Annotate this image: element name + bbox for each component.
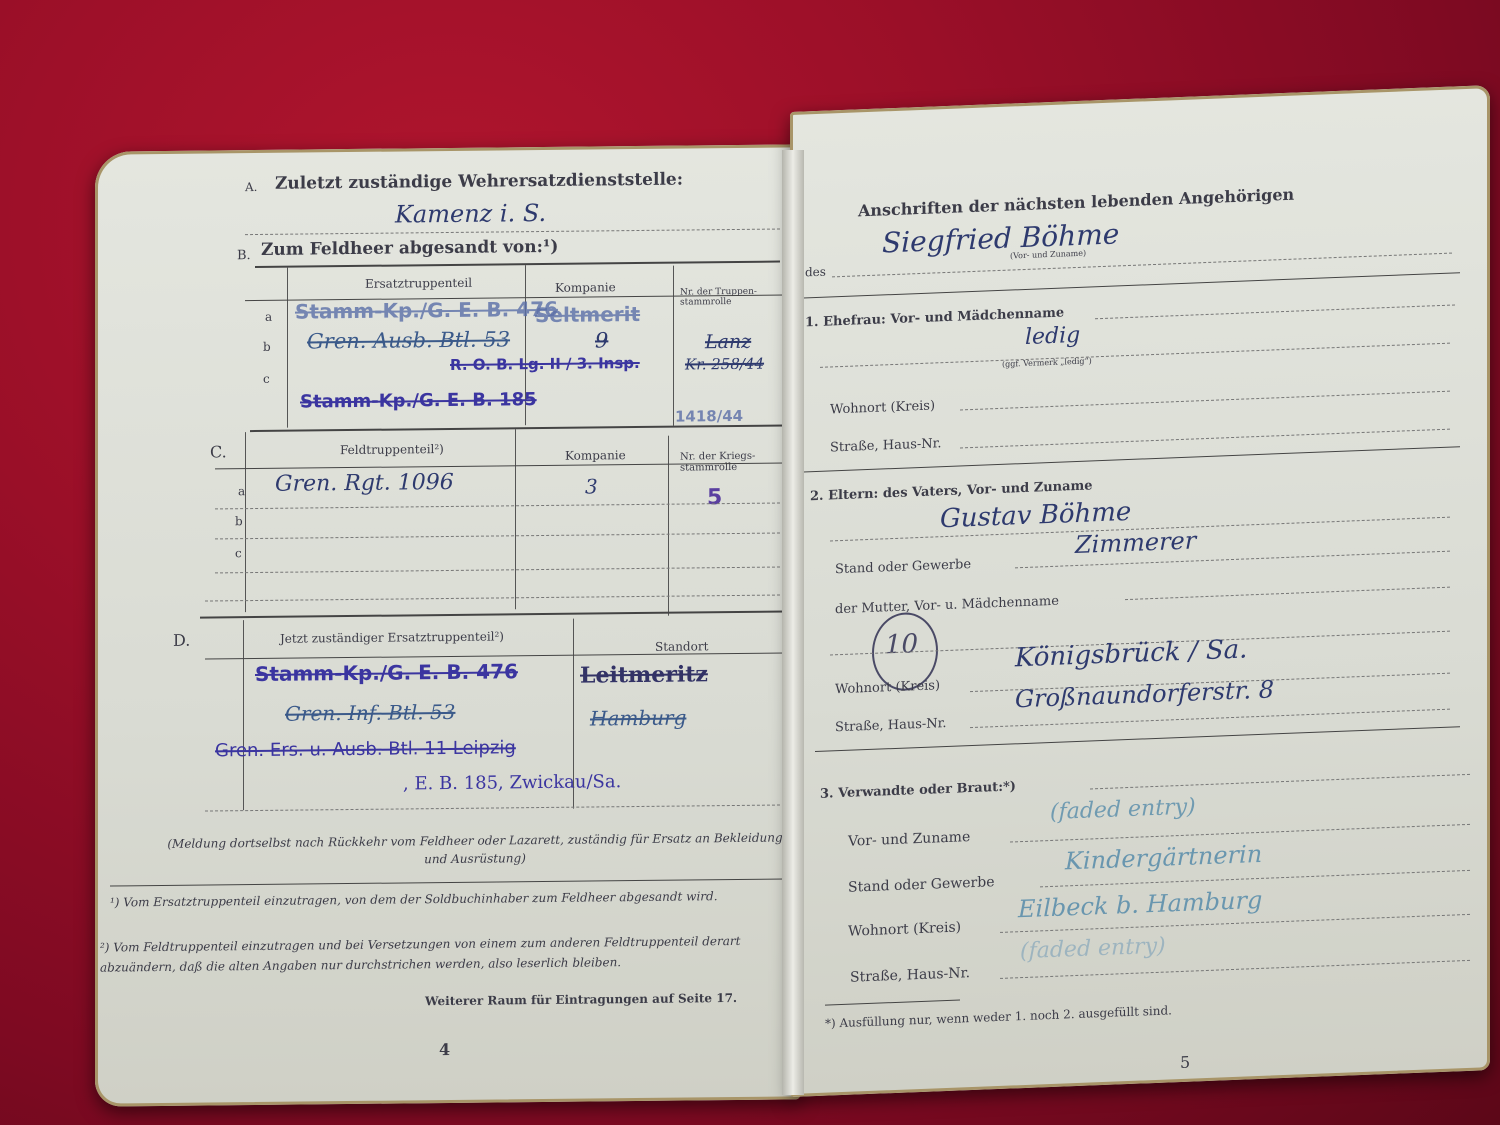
- section-a-label: A.: [245, 180, 257, 194]
- des-hint: (Vor- und Zuname): [1010, 249, 1086, 261]
- b-row-letter-a: a: [265, 310, 272, 324]
- section-c-label: C.: [210, 442, 227, 461]
- c-row-letter-c: c: [235, 546, 242, 560]
- section-3-residence-label: Wohnort (Kreis): [848, 919, 961, 939]
- dotted-line: [215, 502, 785, 509]
- c-row-a-company: 3: [585, 474, 598, 498]
- occupation-label: Stand oder Gewerbe: [835, 557, 971, 577]
- footnote-rule: [110, 878, 785, 886]
- section-a-entry: Kamenz i. S.: [395, 199, 546, 229]
- section-b-title: Zum Feldheer abgesandt von:¹): [261, 237, 558, 260]
- b-col-number: Nr. der Truppen-stammrolle: [680, 287, 775, 308]
- footnote-2: ²) Vom Feldtruppenteil einzutragen und b…: [100, 930, 785, 977]
- d-col-unit: Jetzt zuständiger Ersatztruppenteil²): [280, 629, 504, 645]
- dotted-line: [1095, 304, 1455, 319]
- b-row-b-number: Lanz: [705, 331, 751, 353]
- footnote-1: ¹) Vom Ersatztruppenteil einzutragen, vo…: [110, 886, 785, 911]
- section-d-label: D.: [173, 631, 190, 650]
- dotted-line: [205, 804, 785, 811]
- section-a-title: Zuletzt zuständige Wehrersatzdienststell…: [275, 170, 683, 194]
- page-4: A. Zuletzt zuständige Wehrersatzdienstst…: [95, 144, 800, 1106]
- d-row-1-location: Leitmeritz: [580, 661, 708, 688]
- soldbuch-spread: A. Zuletzt zuständige Wehrersatzdienstst…: [0, 0, 1500, 1125]
- col-divider: [673, 266, 674, 426]
- c-row-letter-b: b: [235, 514, 243, 528]
- c-row-letter-a: a: [238, 484, 245, 498]
- b-col-unit: Ersatztruppenteil: [365, 276, 472, 291]
- dotted-line: [1090, 774, 1470, 790]
- section-2-residence-value: Königsbrück / Sa.: [1015, 634, 1247, 673]
- d-col-location: Standort: [655, 639, 708, 654]
- section-3-occupation-label: Stand oder Gewerbe: [848, 874, 995, 896]
- footnote-rule: [825, 999, 960, 1005]
- section-1-hint: (ggf. Vermerk „ledig“): [1002, 356, 1092, 368]
- b-row-c-number: Kr. 258/44: [685, 355, 764, 374]
- b-row-b-unit: Gren. Ausb. Btl. 53: [307, 327, 510, 353]
- section-1-residence-label: Wohnort (Kreis): [830, 398, 935, 417]
- occupation-value: Zimmerer: [1075, 526, 1196, 559]
- b-row-a-unit: Stamm-Kp./G. E. B. 476: [295, 297, 558, 324]
- section-rule: [800, 272, 1460, 298]
- section-b-label: B.: [237, 248, 251, 263]
- dotted-line: [960, 391, 1450, 411]
- col-divider: [515, 429, 516, 609]
- dotted-line: [245, 228, 785, 235]
- mother-label: der Mutter, Vor- u. Mädchenname: [835, 594, 1059, 618]
- col-divider: [245, 432, 246, 612]
- father-name: Gustav Böhme: [940, 497, 1131, 534]
- c-row-a-number: 5: [707, 485, 722, 510]
- c-row-a-unit: Gren. Rgt. 1096: [275, 470, 454, 497]
- d-row-2-location: Hamburg: [590, 705, 686, 730]
- table-rule: [250, 424, 785, 432]
- d-row-1-unit: Stamm-Kp./G. E. B. 476: [255, 659, 518, 686]
- dotted-line: [215, 566, 785, 573]
- dotted-line: [215, 532, 785, 539]
- d-row-4-unit: , E. B. 185, Zwickau/Sa.: [403, 771, 621, 794]
- section-1-street-label: Straße, Haus-Nr.: [830, 436, 942, 455]
- page-number-5: 5: [1180, 1053, 1190, 1072]
- section-3-label: 3. Verwandte oder Braut:*): [820, 779, 1016, 802]
- section-3-street-value: (faded entry): [1020, 934, 1166, 965]
- b-row-extra-unit: Stamm-Kp./G. E. B. 185: [300, 389, 537, 412]
- col-divider: [243, 620, 244, 810]
- section-2-street-label: Straße, Haus-Nr.: [835, 716, 947, 735]
- continuation-note: Weiterer Raum für Eintragungen auf Seite…: [425, 991, 737, 1008]
- dotted-line: [1000, 960, 1470, 979]
- section-3-occupation-value: Kindergärtnerin: [1065, 840, 1262, 876]
- book-gutter: [782, 150, 804, 1095]
- table-rule: [255, 261, 780, 268]
- section-3-footnote: *) Ausfüllung nur, wenn weder 1. noch 2.…: [825, 1003, 1172, 1030]
- dotted-line: [820, 343, 1450, 368]
- des-label: des: [805, 265, 826, 280]
- b-col-company: Kompanie: [555, 280, 616, 295]
- dotted-line: [205, 594, 785, 601]
- section-2-street-value: Großnaundorferstr. 8: [1015, 675, 1274, 713]
- section-3-name-value: (faded entry): [1050, 794, 1196, 825]
- d-row-3-unit: Gren. Ers. u. Ausb. Btl. 11 Leipzig: [215, 737, 516, 761]
- c-col-unit: Feldtruppenteil²): [340, 442, 444, 457]
- b-row-b-company: 9: [595, 328, 608, 352]
- b-row-extra-number: 1418/44: [675, 407, 743, 426]
- b-row-letter-c: c: [263, 372, 270, 386]
- d-row-2-unit: Gren. Inf. Btl. 53: [285, 700, 455, 726]
- col-divider: [287, 268, 288, 428]
- header-rule: [205, 652, 785, 659]
- page-5: Anschriften der nächsten lebenden Angehö…: [790, 85, 1490, 1097]
- section-3-street-label: Straße, Haus-Nr.: [850, 965, 970, 986]
- dotted-line: [1125, 587, 1450, 600]
- circled-mark-value: 10: [885, 629, 918, 660]
- page-title: Anschriften der nächsten lebenden Angehö…: [858, 185, 1294, 221]
- dotted-line: [960, 429, 1450, 449]
- b-row-letter-b: b: [263, 340, 271, 354]
- section-d-note: (Meldung dortselbst nach Rückkehr vom Fe…: [155, 828, 795, 871]
- table-rule: [200, 610, 785, 618]
- c-col-company: Kompanie: [565, 448, 626, 463]
- section-1-value: ledig: [1025, 323, 1080, 350]
- section-3-residence-value: Eilbeck b. Hamburg: [1018, 886, 1262, 923]
- b-row-a-place: Seltmerit: [535, 302, 640, 327]
- section-3-name-label: Vor- und Zuname: [848, 829, 970, 850]
- b-row-c-unit: R. O. B. Lg. II / 3. Insp.: [450, 354, 640, 374]
- section-2-residence-label: Wohnort (Kreis): [835, 678, 940, 697]
- page-number-4: 4: [439, 1040, 450, 1059]
